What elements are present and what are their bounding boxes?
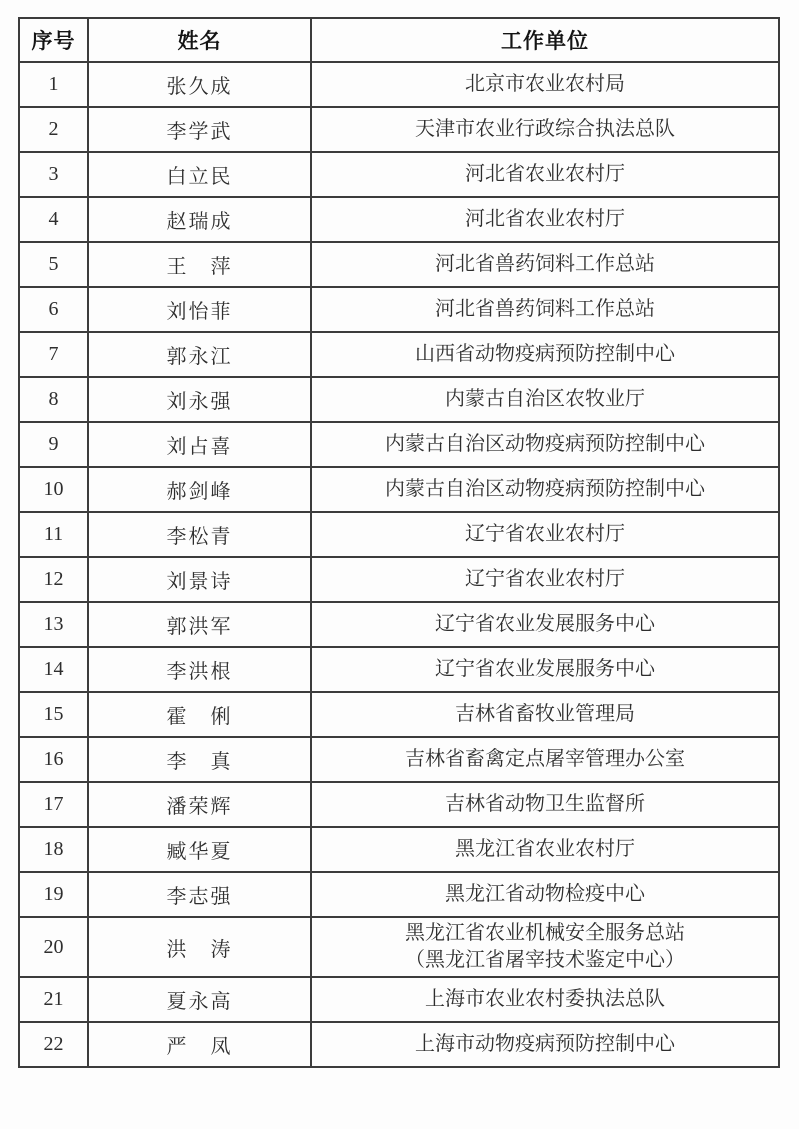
unit-cell: 上海市农业农村委执法总队 bbox=[311, 977, 779, 1022]
name-cell: 白立民 bbox=[88, 152, 311, 197]
serial-number-cell: 3 bbox=[19, 152, 88, 197]
name-cell: 刘怡菲 bbox=[88, 287, 311, 332]
roster-table: 序号 姓名 工作单位 1 张久成 北京市农业农村局 2 李学武 天津市农业行政综… bbox=[18, 17, 780, 1068]
unit-cell: 黑龙江省农业农村厅 bbox=[311, 827, 779, 872]
unit-cell: 山西省动物疫病预防控制中心 bbox=[311, 332, 779, 377]
name-cell: 李志强 bbox=[88, 872, 311, 917]
unit-cell: 辽宁省农业农村厅 bbox=[311, 512, 779, 557]
table-body: 1 张久成 北京市农业农村局 2 李学武 天津市农业行政综合执法总队 3 白立民… bbox=[19, 62, 779, 1067]
serial-number-cell: 1 bbox=[19, 62, 88, 107]
table-row: 11 李松青 辽宁省农业农村厅 bbox=[19, 512, 779, 557]
unit-cell: 内蒙古自治区动物疫病预防控制中心 bbox=[311, 422, 779, 467]
table-row: 8 刘永强 内蒙古自治区农牧业厅 bbox=[19, 377, 779, 422]
serial-number-cell: 12 bbox=[19, 557, 88, 602]
table-row: 20 洪 涛 黑龙江省农业机械安全服务总站 （黑龙江省屠宰技术鉴定中心） bbox=[19, 917, 779, 977]
serial-number-cell: 19 bbox=[19, 872, 88, 917]
serial-number-cell: 8 bbox=[19, 377, 88, 422]
name-cell: 刘永强 bbox=[88, 377, 311, 422]
document-page: 序号 姓名 工作单位 1 张久成 北京市农业农村局 2 李学武 天津市农业行政综… bbox=[0, 0, 799, 1129]
table-row: 9 刘占喜 内蒙古自治区动物疫病预防控制中心 bbox=[19, 422, 779, 467]
table-row: 1 张久成 北京市农业农村局 bbox=[19, 62, 779, 107]
serial-number-cell: 6 bbox=[19, 287, 88, 332]
table-row: 22 严 凤 上海市动物疫病预防控制中心 bbox=[19, 1022, 779, 1067]
table-row: 3 白立民 河北省农业农村厅 bbox=[19, 152, 779, 197]
serial-number-cell: 9 bbox=[19, 422, 88, 467]
table-row: 16 李 真 吉林省畜禽定点屠宰管理办公室 bbox=[19, 737, 779, 782]
name-cell: 潘荣辉 bbox=[88, 782, 311, 827]
serial-number-cell: 20 bbox=[19, 917, 88, 977]
table-row: 4 赵瑞成 河北省农业农村厅 bbox=[19, 197, 779, 242]
name-cell: 李 真 bbox=[88, 737, 311, 782]
name-cell: 李学武 bbox=[88, 107, 311, 152]
serial-number-cell: 11 bbox=[19, 512, 88, 557]
table-row: 5 王 萍 河北省兽药饲料工作总站 bbox=[19, 242, 779, 287]
header-no: 序号 bbox=[19, 18, 88, 62]
unit-cell: 吉林省畜禽定点屠宰管理办公室 bbox=[311, 737, 779, 782]
name-cell: 郭永江 bbox=[88, 332, 311, 377]
serial-number-cell: 10 bbox=[19, 467, 88, 512]
name-cell: 臧华夏 bbox=[88, 827, 311, 872]
unit-cell: 北京市农业农村局 bbox=[311, 62, 779, 107]
unit-cell: 吉林省动物卫生监督所 bbox=[311, 782, 779, 827]
table-row: 6 刘怡菲 河北省兽药饲料工作总站 bbox=[19, 287, 779, 332]
table-row: 21 夏永高 上海市农业农村委执法总队 bbox=[19, 977, 779, 1022]
header-row: 序号 姓名 工作单位 bbox=[19, 18, 779, 62]
table-row: 10 郝剑峰 内蒙古自治区动物疫病预防控制中心 bbox=[19, 467, 779, 512]
table-row: 14 李洪根 辽宁省农业发展服务中心 bbox=[19, 647, 779, 692]
unit-cell: 辽宁省农业发展服务中心 bbox=[311, 602, 779, 647]
name-cell: 赵瑞成 bbox=[88, 197, 311, 242]
serial-number-cell: 21 bbox=[19, 977, 88, 1022]
unit-cell: 内蒙古自治区动物疫病预防控制中心 bbox=[311, 467, 779, 512]
table-row: 19 李志强 黑龙江省动物检疫中心 bbox=[19, 872, 779, 917]
serial-number-cell: 16 bbox=[19, 737, 88, 782]
name-cell: 张久成 bbox=[88, 62, 311, 107]
serial-number-cell: 22 bbox=[19, 1022, 88, 1067]
unit-cell: 河北省农业农村厅 bbox=[311, 152, 779, 197]
serial-number-cell: 5 bbox=[19, 242, 88, 287]
serial-number-cell: 2 bbox=[19, 107, 88, 152]
unit-cell: 辽宁省农业农村厅 bbox=[311, 557, 779, 602]
unit-cell: 河北省兽药饲料工作总站 bbox=[311, 242, 779, 287]
unit-cell: 上海市动物疫病预防控制中心 bbox=[311, 1022, 779, 1067]
header-unit: 工作单位 bbox=[311, 18, 779, 62]
name-cell: 王 萍 bbox=[88, 242, 311, 287]
name-cell: 李松青 bbox=[88, 512, 311, 557]
name-cell: 刘景诗 bbox=[88, 557, 311, 602]
unit-cell: 辽宁省农业发展服务中心 bbox=[311, 647, 779, 692]
name-cell: 李洪根 bbox=[88, 647, 311, 692]
name-cell: 霍 俐 bbox=[88, 692, 311, 737]
serial-number-cell: 15 bbox=[19, 692, 88, 737]
serial-number-cell: 13 bbox=[19, 602, 88, 647]
table-row: 13 郭洪军 辽宁省农业发展服务中心 bbox=[19, 602, 779, 647]
name-cell: 严 凤 bbox=[88, 1022, 311, 1067]
name-cell: 夏永高 bbox=[88, 977, 311, 1022]
serial-number-cell: 7 bbox=[19, 332, 88, 377]
header-name: 姓名 bbox=[88, 18, 311, 62]
unit-cell: 天津市农业行政综合执法总队 bbox=[311, 107, 779, 152]
unit-cell: 黑龙江省动物检疫中心 bbox=[311, 872, 779, 917]
name-cell: 郝剑峰 bbox=[88, 467, 311, 512]
serial-number-cell: 18 bbox=[19, 827, 88, 872]
unit-cell: 黑龙江省农业机械安全服务总站 （黑龙江省屠宰技术鉴定中心） bbox=[311, 917, 779, 977]
unit-cell: 吉林省畜牧业管理局 bbox=[311, 692, 779, 737]
table-row: 12 刘景诗 辽宁省农业农村厅 bbox=[19, 557, 779, 602]
table-row: 15 霍 俐 吉林省畜牧业管理局 bbox=[19, 692, 779, 737]
table-row: 7 郭永江 山西省动物疫病预防控制中心 bbox=[19, 332, 779, 377]
name-cell: 洪 涛 bbox=[88, 917, 311, 977]
name-cell: 刘占喜 bbox=[88, 422, 311, 467]
serial-number-cell: 14 bbox=[19, 647, 88, 692]
name-cell: 郭洪军 bbox=[88, 602, 311, 647]
serial-number-cell: 4 bbox=[19, 197, 88, 242]
serial-number-cell: 17 bbox=[19, 782, 88, 827]
table-header: 序号 姓名 工作单位 bbox=[19, 18, 779, 62]
unit-cell: 内蒙古自治区农牧业厅 bbox=[311, 377, 779, 422]
table-row: 2 李学武 天津市农业行政综合执法总队 bbox=[19, 107, 779, 152]
table-row: 17 潘荣辉 吉林省动物卫生监督所 bbox=[19, 782, 779, 827]
table-row: 18 臧华夏 黑龙江省农业农村厅 bbox=[19, 827, 779, 872]
unit-cell: 河北省农业农村厅 bbox=[311, 197, 779, 242]
unit-cell: 河北省兽药饲料工作总站 bbox=[311, 287, 779, 332]
